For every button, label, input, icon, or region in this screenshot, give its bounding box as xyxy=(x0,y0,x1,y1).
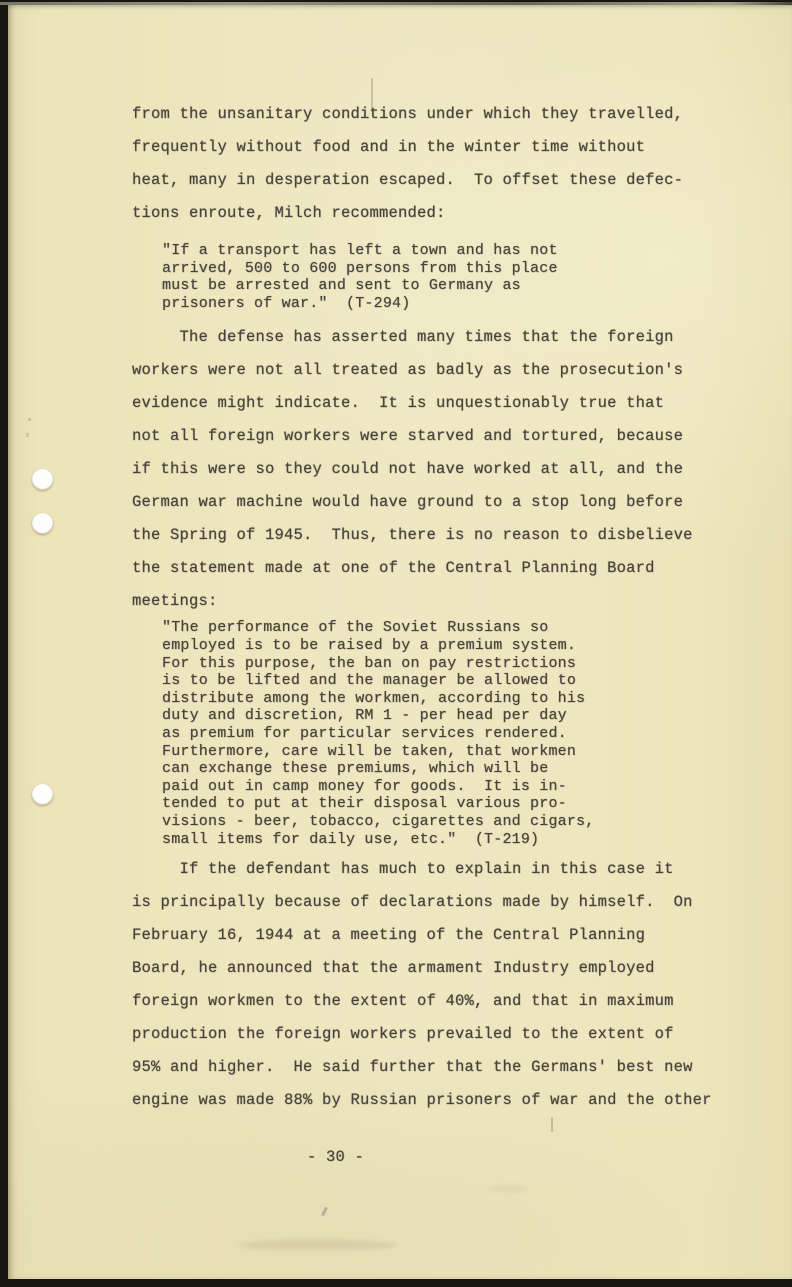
scanned-document: from the unsanitary conditions under whi… xyxy=(0,0,792,1287)
block-quote-t219: "The performance of the Soviet Russians … xyxy=(162,619,692,848)
page-number: - 30 - xyxy=(132,1141,692,1174)
paper-smudge xyxy=(488,1185,528,1193)
paper-smudge xyxy=(238,1240,398,1250)
paragraph-defendant-declarations: If the defendant has much to explain in … xyxy=(132,853,692,1117)
ink-speck xyxy=(28,418,31,421)
paragraph-defense-assertion: The defense has asserted many times that… xyxy=(132,321,692,618)
block-quote-t294: "If a transport has left a town and has … xyxy=(162,242,692,312)
ink-speck xyxy=(551,1117,553,1132)
paper-sheet: from the unsanitary conditions under whi… xyxy=(8,5,792,1279)
ink-speck xyxy=(371,78,373,112)
paragraph-travel-conditions: from the unsanitary conditions under whi… xyxy=(132,98,692,230)
punch-hole xyxy=(32,513,53,534)
punch-hole xyxy=(32,784,53,805)
typed-text-column: from the unsanitary conditions under whi… xyxy=(132,98,692,1174)
ink-speck xyxy=(26,433,29,437)
ink-speck xyxy=(321,1207,328,1216)
punch-hole xyxy=(32,469,53,490)
